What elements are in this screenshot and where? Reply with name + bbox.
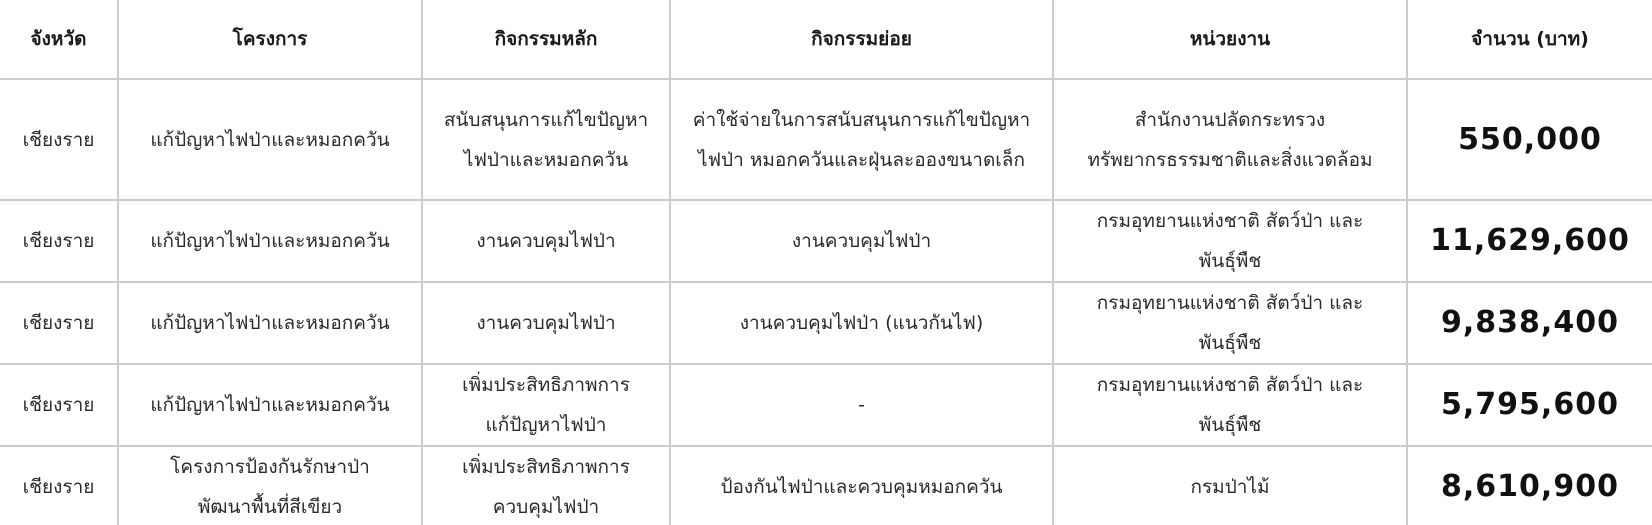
sub-activity-cell: งานควบคุมไฟป่า <box>670 200 1053 282</box>
main-activity-line: งานควบคุมไฟป่า <box>431 303 661 343</box>
sub-activity-line: ค่าใช้จ่ายในการสนับสนุนการแก้ไขปัญหา <box>679 100 1044 140</box>
sub-activity-cell: ป้องกันไฟป่าและควบคุมหมอกควัน <box>670 446 1053 525</box>
main-activity-line: ควบคุมไฟป่า <box>431 487 661 525</box>
project-text: แก้ปัญหาไฟป่าและหมอกควัน <box>127 221 413 261</box>
project-cell: โครงการป้องกันรักษาป่า พัฒนาพื้นที่สีเขี… <box>118 446 422 525</box>
main-activity-line: งานควบคุมไฟป่า <box>431 221 661 261</box>
table-row: เชียงราย แก้ปัญหาไฟป่าและหมอกควัน สนับสน… <box>0 79 1652 200</box>
main-activity-cell: งานควบคุมไฟป่า <box>422 200 670 282</box>
table-row: เชียงราย แก้ปัญหาไฟป่าและหมอกควัน เพิ่มป… <box>0 364 1652 446</box>
project-text: แก้ปัญหาไฟป่าและหมอกควัน <box>127 303 413 343</box>
table-row: เชียงราย แก้ปัญหาไฟป่าและหมอกควัน งานควบ… <box>0 282 1652 364</box>
project-text: แก้ปัญหาไฟป่าและหมอกควัน <box>127 385 413 425</box>
main-activity-line: แก้ปัญหาไฟป่า <box>431 405 661 445</box>
main-activity-cell: สนับสนุนการแก้ไขปัญหา ไฟป่าและหมอกควัน <box>422 79 670 200</box>
province-cell: เชียงราย <box>0 79 118 200</box>
province-cell: เชียงราย <box>0 200 118 282</box>
sub-activity-line: ไฟป่า หมอกควันและฝุ่นละอองขนาดเล็ก <box>679 140 1044 180</box>
project-line: พัฒนาพื้นที่สีเขียว <box>127 487 413 525</box>
sub-activity-cell: ค่าใช้จ่ายในการสนับสนุนการแก้ไขปัญหา ไฟป… <box>670 79 1053 200</box>
agency-line: กรมป่าไม้ <box>1062 467 1398 507</box>
agency-line: กรมอุทยานแห่งชาติ สัตว์ป่า และ <box>1062 201 1398 241</box>
header-sub-activity: กิจกรรมย่อย <box>670 0 1053 79</box>
agency-line: สำนักงานปลัดกระทรวง <box>1062 100 1398 140</box>
agency-line: กรมอุทยานแห่งชาติ สัตว์ป่า และ <box>1062 283 1398 323</box>
table-row: เชียงราย โครงการป้องกันรักษาป่า พัฒนาพื้… <box>0 446 1652 525</box>
budget-table: จังหวัด โครงการ กิจกรรมหลัก กิจกรรมย่อย … <box>0 0 1652 525</box>
project-line: โครงการป้องกันรักษาป่า <box>127 447 413 487</box>
header-agency: หน่วยงาน <box>1053 0 1407 79</box>
main-activity-cell: เพิ่มประสิทธิภาพการ ควบคุมไฟป่า <box>422 446 670 525</box>
project-cell: แก้ปัญหาไฟป่าและหมอกควัน <box>118 282 422 364</box>
main-activity-cell: เพิ่มประสิทธิภาพการ แก้ปัญหาไฟป่า <box>422 364 670 446</box>
sub-activity-line: งานควบคุมไฟป่า (แนวกันไฟ) <box>679 303 1044 343</box>
agency-cell: กรมป่าไม้ <box>1053 446 1407 525</box>
agency-line: พันธุ์พืช <box>1062 241 1398 281</box>
agency-cell: กรมอุทยานแห่งชาติ สัตว์ป่า และ พันธุ์พืช <box>1053 200 1407 282</box>
table-row: เชียงราย แก้ปัญหาไฟป่าและหมอกควัน งานควบ… <box>0 200 1652 282</box>
amount-cell: 11,629,600 <box>1407 200 1652 282</box>
agency-cell: สำนักงานปลัดกระทรวง ทรัพยากรธรรมชาติและส… <box>1053 79 1407 200</box>
header-main-activity: กิจกรรมหลัก <box>422 0 670 79</box>
project-cell: แก้ปัญหาไฟป่าและหมอกควัน <box>118 364 422 446</box>
main-activity-line: ไฟป่าและหมอกควัน <box>431 140 661 180</box>
agency-line: พันธุ์พืช <box>1062 323 1398 363</box>
province-cell: เชียงราย <box>0 364 118 446</box>
agency-line: พันธุ์พืช <box>1062 405 1398 445</box>
sub-activity-line: - <box>679 385 1044 425</box>
amount-cell: 9,838,400 <box>1407 282 1652 364</box>
province-cell: เชียงราย <box>0 282 118 364</box>
sub-activity-line: ป้องกันไฟป่าและควบคุมหมอกควัน <box>679 467 1044 507</box>
agency-cell: กรมอุทยานแห่งชาติ สัตว์ป่า และ พันธุ์พืช <box>1053 282 1407 364</box>
agency-line: ทรัพยากรธรรมชาติและสิ่งแวดล้อม <box>1062 140 1398 180</box>
amount-cell: 550,000 <box>1407 79 1652 200</box>
project-cell: แก้ปัญหาไฟป่าและหมอกควัน <box>118 200 422 282</box>
project-text: แก้ปัญหาไฟป่าและหมอกควัน <box>127 120 413 160</box>
amount-cell: 8,610,900 <box>1407 446 1652 525</box>
project-cell: แก้ปัญหาไฟป่าและหมอกควัน <box>118 79 422 200</box>
sub-activity-line: งานควบคุมไฟป่า <box>679 221 1044 261</box>
main-activity-cell: งานควบคุมไฟป่า <box>422 282 670 364</box>
sub-activity-cell: งานควบคุมไฟป่า (แนวกันไฟ) <box>670 282 1053 364</box>
main-activity-line: เพิ่มประสิทธิภาพการ <box>431 365 661 405</box>
agency-line: กรมอุทยานแห่งชาติ สัตว์ป่า และ <box>1062 365 1398 405</box>
header-project: โครงการ <box>118 0 422 79</box>
amount-cell: 5,795,600 <box>1407 364 1652 446</box>
header-province: จังหวัด <box>0 0 118 79</box>
province-cell: เชียงราย <box>0 446 118 525</box>
header-row: จังหวัด โครงการ กิจกรรมหลัก กิจกรรมย่อย … <box>0 0 1652 79</box>
header-amount: จำนวน (บาท) <box>1407 0 1652 79</box>
agency-cell: กรมอุทยานแห่งชาติ สัตว์ป่า และ พันธุ์พืช <box>1053 364 1407 446</box>
main-activity-line: เพิ่มประสิทธิภาพการ <box>431 447 661 487</box>
main-activity-line: สนับสนุนการแก้ไขปัญหา <box>431 100 661 140</box>
sub-activity-cell: - <box>670 364 1053 446</box>
